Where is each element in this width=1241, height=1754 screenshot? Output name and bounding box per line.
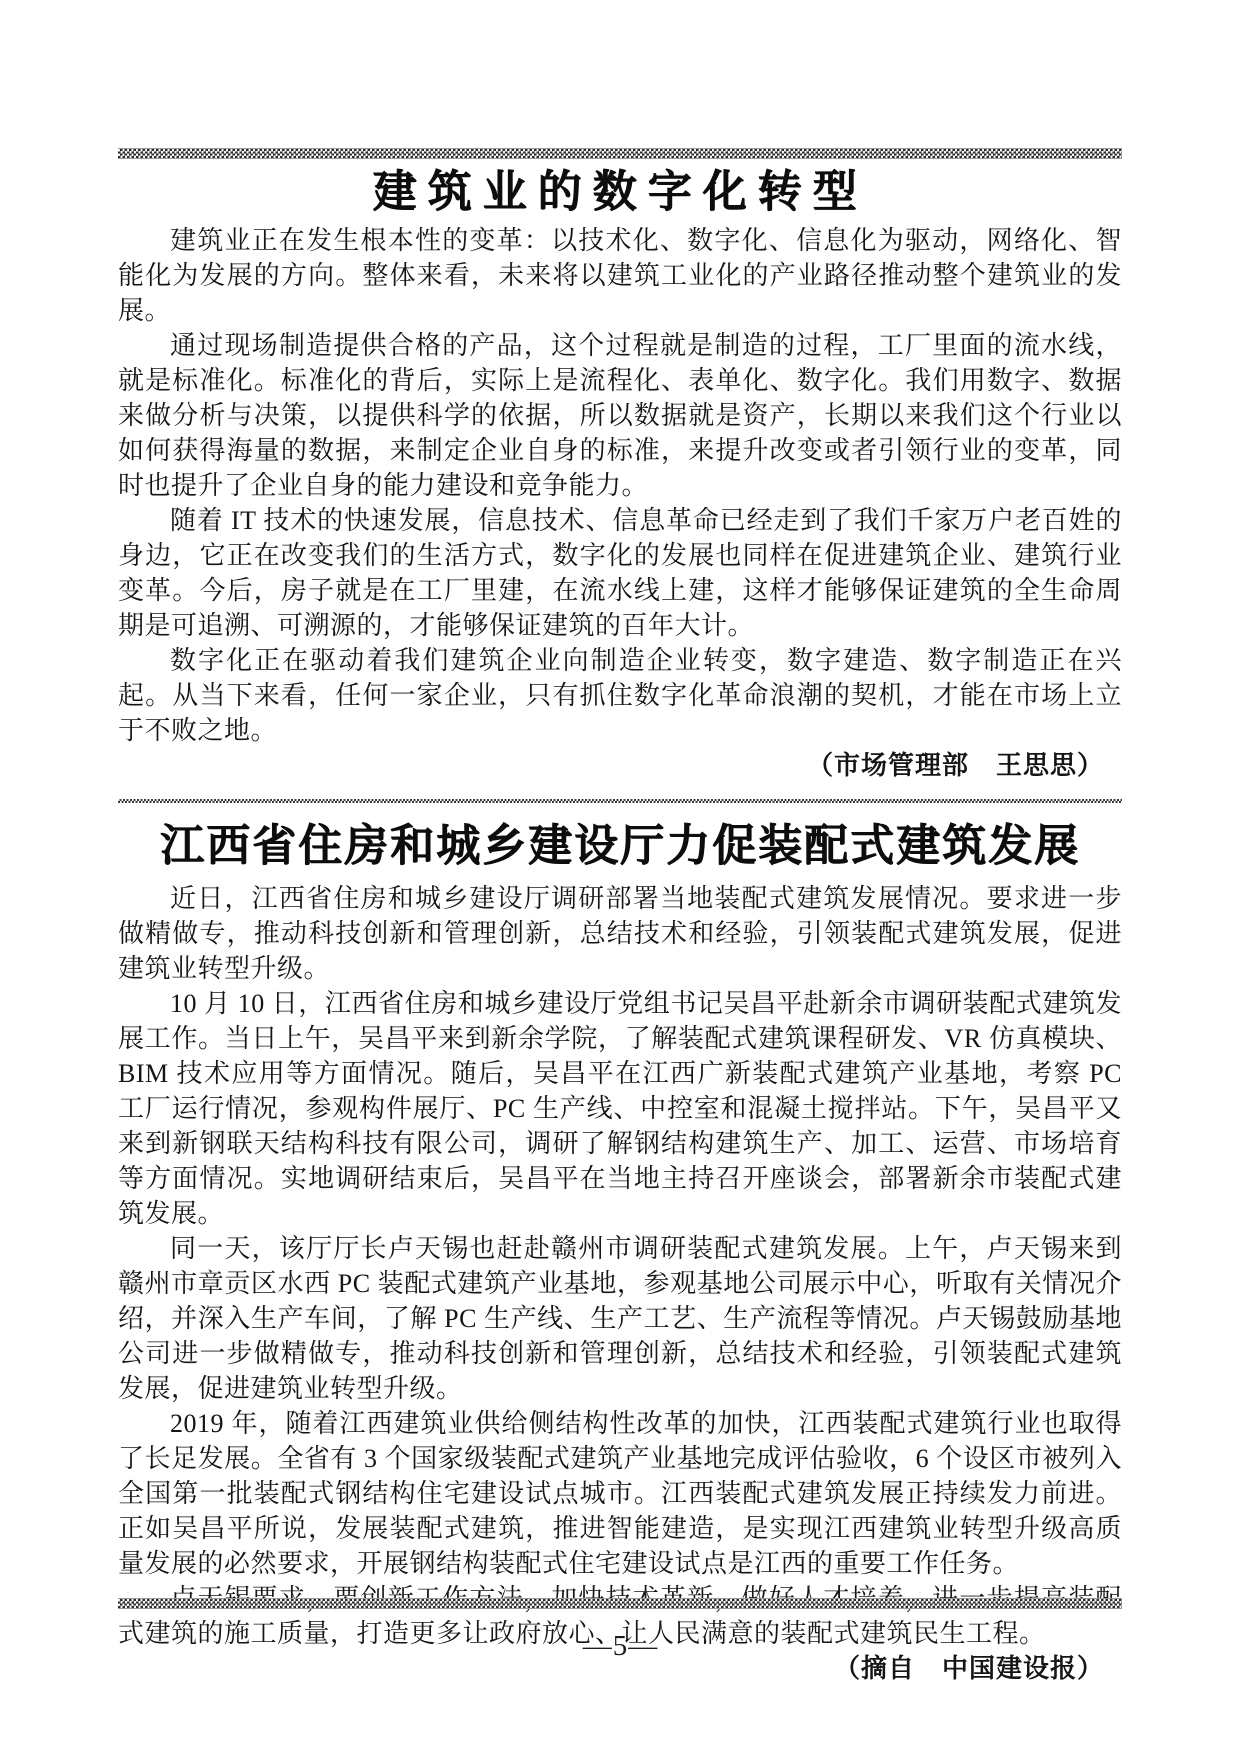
article-1-attribution: （市场管理部 王思思） [118,748,1122,783]
article-1-title: 建筑业的数字化转型 [118,167,1122,217]
article-2-body: 近日，江西省住房和城乡建设厅调研部署当地装配式建筑发展情况。要求进一步做精做专，… [118,881,1122,1651]
article-1-paragraph: 数字化正在驱动着我们建筑企业向制造企业转变，数字建造、数字制造正在兴起。从当下来… [118,643,1122,748]
article-1-paragraph: 随着 IT 技术的快速发展，信息技术、信息革命已经走到了我们千家万户老百姓的身边… [118,503,1122,643]
article-2-title: 江西省住房和城乡建设厅力促装配式建筑发展 [118,821,1122,871]
bottom-decorative-rule [118,1598,1122,1609]
article-2-paragraph: 2019 年，随着江西建筑业供给侧结构性改革的加快，江西装配式建筑行业也取得了长… [118,1406,1122,1581]
article-1: 建筑业的数字化转型 建筑业正在发生根本性的变革：以技术化、数字化、信息化为驱动，… [118,167,1122,783]
article-2: 江西省住房和城乡建设厅力促装配式建筑发展 近日，江西省住房和城乡建设厅调研部署当… [118,821,1122,1686]
article-1-body: 建筑业正在发生根本性的变革：以技术化、数字化、信息化为驱动，网络化、智能化为发展… [118,223,1122,748]
article-2-paragraph: 10 月 10 日，江西省住房和城乡建设厅党组书记吴昌平赴新余市调研装配式建筑发… [118,986,1122,1231]
article-divider [118,799,1122,803]
page-number: —5— [0,1630,1241,1663]
article-1-paragraph: 建筑业正在发生根本性的变革：以技术化、数字化、信息化为驱动，网络化、智能化为发展… [118,223,1122,328]
article-2-paragraph: 近日，江西省住房和城乡建设厅调研部署当地装配式建筑发展情况。要求进一步做精做专，… [118,881,1122,986]
top-decorative-rule [118,148,1122,159]
article-2-paragraph: 同一天，该厅厅长卢天锡也赶赴赣州市调研装配式建筑发展。上午，卢天锡来到赣州市章贡… [118,1231,1122,1406]
document-page: { "page": { "background_color": "#ffffff… [0,0,1241,1754]
page-content-column: 建筑业的数字化转型 建筑业正在发生根本性的变革：以技术化、数字化、信息化为驱动，… [118,0,1122,1686]
article-1-paragraph: 通过现场制造提供合格的产品，这个过程就是制造的过程，工厂里面的流水线，就是标准化… [118,328,1122,503]
